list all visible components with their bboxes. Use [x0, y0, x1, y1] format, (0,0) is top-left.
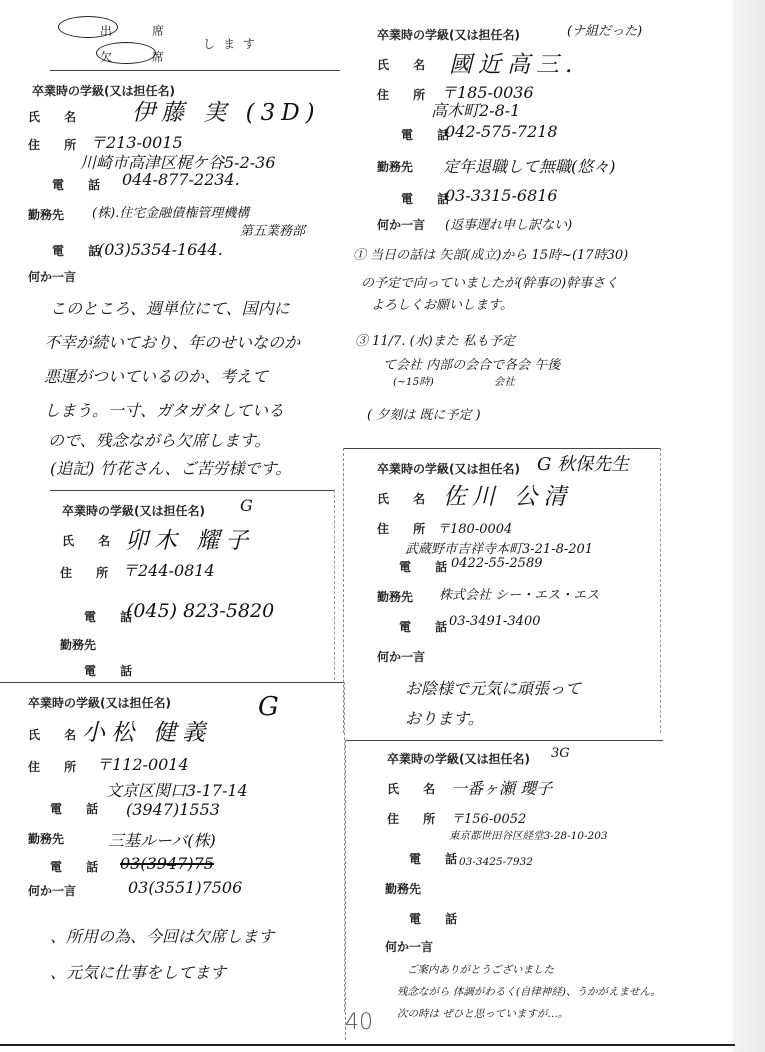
message-line: ご案内ありがとうございました: [407, 962, 554, 977]
name-label: 氏 名: [387, 780, 445, 797]
class-value: G: [240, 496, 253, 515]
response-card: 卒業時の学級(又は担任名) 3G 氏 名 一番ヶ瀬 瓔子 住 所 〒156-00…: [345, 740, 663, 1040]
message-label: 何か一言: [377, 216, 425, 233]
address-label: 住 所: [387, 810, 445, 827]
message-line: ① 当日の話は 矢部(成立)から 15時~(17時30): [353, 244, 628, 263]
phone-value: 03-3425-7932: [459, 856, 533, 868]
message-line: 次の時は ぜひと思っていますが…。: [397, 1006, 568, 1021]
postal-value: 〒180-0004: [437, 518, 512, 537]
name-value: 卯木 耀子: [125, 522, 254, 555]
work-phone-value: 03(3551)7506: [128, 878, 242, 897]
attendance-suffix: します: [203, 35, 263, 52]
address-label: 住 所: [60, 564, 118, 581]
name-value: 一番ヶ瀬 瓔子: [451, 776, 552, 799]
class-label: 卒業時の学級(又は担任名): [377, 460, 520, 477]
message-label: 何か一言: [385, 938, 433, 955]
postal-value: 〒112-0014: [96, 752, 189, 775]
message-line: ので、残念ながら欠席します。: [48, 428, 270, 451]
name-label: 氏 名: [377, 490, 435, 507]
message-line: ③ 11/7. (水)また 私も予定: [355, 330, 515, 349]
message-label: 何か一言: [377, 648, 425, 665]
class-label: 卒業時の学級(又は担任名): [387, 750, 530, 767]
phone-label: 電 話: [52, 176, 110, 193]
message-line: 悪運がついているのか、考えて: [44, 364, 268, 387]
name-label: 氏 名: [62, 532, 120, 549]
work-phone-label: 電 話: [50, 858, 108, 875]
work-phone-value: 03-3491-3400: [449, 614, 541, 629]
response-card: 卒業時の学級(又は担任名) G 秋保先生 氏 名 佐川 公清 住 所 〒180-…: [343, 448, 661, 733]
message-line: よろしくお願いします。: [371, 294, 513, 313]
name-label: 氏 名: [28, 108, 86, 125]
message-line: 、所用の為、今回は欠席します: [50, 924, 274, 947]
address-value: 文京区関口3-17-14: [106, 778, 248, 801]
workplace-label: 勤務先: [28, 206, 64, 223]
page-number: 40: [345, 1010, 373, 1035]
phone-value: (3947)1553: [126, 800, 220, 819]
message-label: 何か一言: [28, 882, 76, 899]
message-line: このところ、週単位にて、国内に: [50, 296, 290, 319]
message-line: (追記) 竹花さん、ご苦労様です。: [50, 456, 291, 479]
message-line: (~15時) 会社: [393, 374, 515, 389]
message-line: 不幸が続いており、年のせいなのか: [44, 330, 300, 353]
address-value: 東京都世田谷区経堂3-28-10-203: [449, 828, 608, 843]
class-value: G 秋保先生: [537, 450, 629, 476]
address-label: 住 所: [28, 136, 86, 153]
address-value: 高木町2-8-1: [431, 98, 520, 121]
name-value: 國近高三.: [449, 46, 578, 79]
attendance-selector: 出 席 欠 席 します: [60, 18, 340, 68]
message-line: 、元気に仕事をしてます: [50, 960, 226, 983]
response-card: 卒業時の学級(又は担任名) (ナ組だった) 氏 名 國近高三. 住 所 〒185…: [345, 14, 740, 444]
address-value: 武蔵野市吉祥寺本町3-21-8-201: [405, 538, 593, 557]
name-label: 氏 名: [28, 726, 86, 743]
address-label: 住 所: [377, 86, 435, 103]
phone-value: 044-877-2234.: [122, 170, 240, 189]
workplace-value: 定年退職して無職(悠々): [443, 154, 616, 177]
name-value: 小松 健義: [82, 714, 211, 747]
postal-value: 〒244-0814: [122, 558, 215, 581]
class-label: 卒業時の学級(又は担任名): [377, 26, 520, 43]
absent-circle-mark: [96, 42, 156, 64]
phone-value: (045) 823-5820: [126, 600, 274, 622]
class-value: G: [258, 692, 285, 722]
response-card: 卒業時の学級(又は担任名) G 氏 名 小松 健義 住 所 〒112-0014 …: [0, 682, 345, 1012]
message-inline: (返事遅れ申し訳ない): [445, 214, 572, 233]
phone-label: 電 話: [399, 558, 457, 575]
workplace-value: 三基ルーバ(株): [108, 828, 216, 851]
phone-value: 0422-55-2589: [451, 556, 543, 571]
message-line: お陰様で元気に頑張って: [405, 676, 581, 699]
work-phone-value: (03)5354-1644.: [98, 240, 223, 259]
work-phone-value: 03-3315-6816: [445, 186, 558, 205]
workplace-label: 勤務先: [60, 636, 96, 653]
workplace-dept: 第五業務部: [240, 220, 305, 239]
name-value: 佐川 公清: [443, 478, 572, 511]
response-card: 卒業時の学級(又は担任名) 氏 名 伊藤 実 (3D) 住 所 〒213-001…: [0, 70, 340, 490]
message-line: おります。: [405, 706, 484, 729]
postal-value: 〒156-0052: [451, 808, 526, 827]
work-phone-struck: 03(3947)75: [120, 854, 214, 873]
response-card: 卒業時の学級(又は担任名) G 氏 名 卯木 耀子 住 所 〒244-0814 …: [50, 490, 335, 680]
bottom-rule: [0, 1044, 735, 1046]
workplace-label: 勤務先: [377, 158, 413, 175]
workplace-value: 株式会社 シー・エス・エス: [439, 584, 599, 603]
address-label: 住 所: [377, 520, 435, 537]
name-label: 氏 名: [377, 56, 435, 73]
workplace-label: 勤務先: [377, 588, 413, 605]
class-value: (ナ組だった): [567, 20, 642, 39]
class-label: 卒業時の学級(又は担任名): [28, 694, 171, 711]
class-value: 3G: [551, 746, 570, 761]
workplace-value: (株).住宅金融債権管理機構: [92, 202, 249, 221]
phone-label: 電 話: [50, 800, 108, 817]
phone-value: 042-575-7218: [445, 122, 558, 141]
name-value: 伊藤 実 (3D): [132, 94, 321, 127]
work-phone-label: 電 話: [84, 662, 142, 679]
message-line: の予定で向っていましたが(幹事の)幹事さく: [361, 272, 618, 291]
message-line: ( 夕刻は 既に予定 ): [367, 404, 481, 423]
address-label: 住 所: [28, 758, 86, 775]
message-line: しまう。一寸、ガタガタしている: [44, 398, 284, 421]
workplace-label: 勤務先: [28, 830, 64, 847]
message-line: て会社 内部の会合で各会 午後: [383, 354, 560, 373]
message-label: 何か一言: [28, 268, 76, 285]
message-line: 残念ながら 体調がわるく(自律神経)、うかがえません。: [397, 984, 661, 999]
work-phone-label: 電 話: [409, 910, 467, 927]
class-label: 卒業時の学級(又は担任名): [62, 502, 205, 519]
workplace-label: 勤務先: [385, 880, 421, 897]
